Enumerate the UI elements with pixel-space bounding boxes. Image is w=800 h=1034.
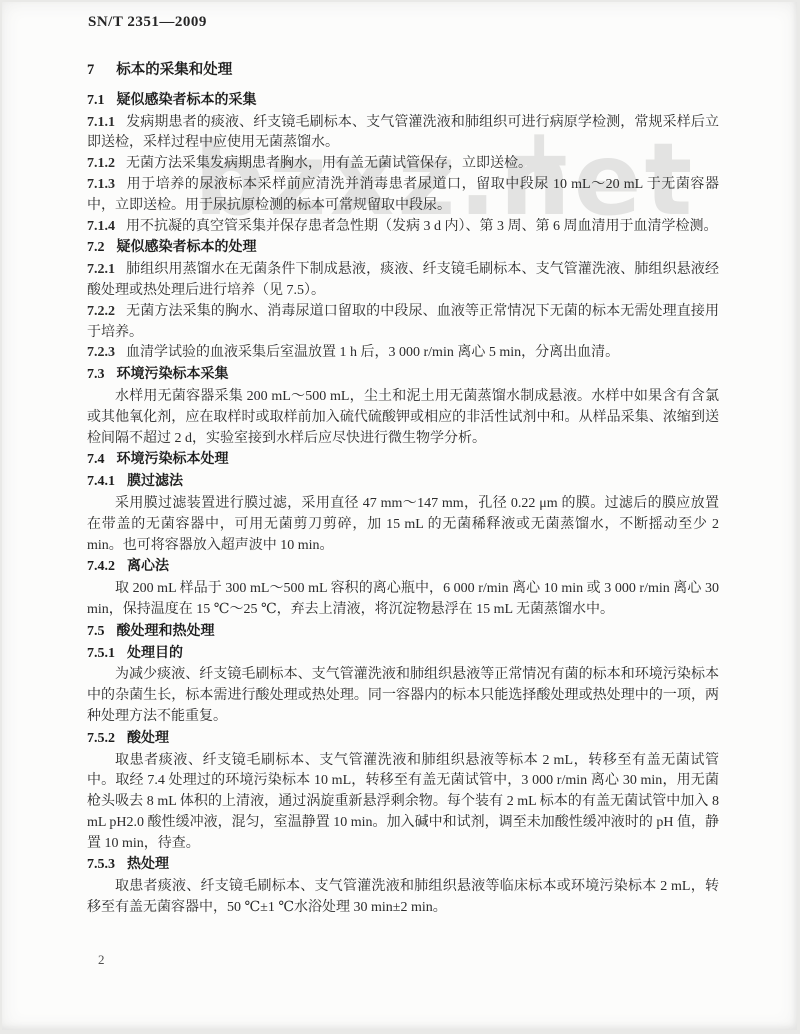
paragraph: 采用膜过滤装置进行膜过滤，采用直径 47 mm～147 mm，孔径 0.22 μ… — [87, 494, 719, 556]
clause-text: 血清学试验的血液采集后室温放置 1 h 后，3 000 r/min 离心 5 m… — [126, 345, 619, 360]
section-title: 环境污染标本处理 — [117, 452, 229, 467]
clause-text: 肺组织用蒸馏水在无菌条件下制成悬液，痰液、纤支镜毛刷标本、支气管灌洗液、肺组织悬… — [87, 262, 719, 298]
section-number: 7.4.1 — [87, 474, 115, 489]
section-number: 7.2 — [87, 240, 105, 255]
section-number: 7.5.3 — [87, 857, 115, 872]
section-number: 7.5.1 — [87, 646, 115, 661]
clause-text: 发病期患者的痰液、纤支镜毛刷标本、支气管灌洗液和肺组织可进行病原学检测，常规采样… — [87, 115, 719, 151]
clause-text: 用于培养的尿液标本采样前应清洗并消毒患者尿道口，留取中段尿 10 mL～20 m… — [87, 177, 719, 213]
section-heading-7: 7标本的采集和处理 — [87, 60, 719, 81]
clause-text: 无菌方法采集的胸水、消毒尿道口留取的中段尿、血液等正常情况下无菌的标本无需处理直… — [87, 304, 719, 340]
paragraph: 取患者痰液、纤支镜毛刷标本、支气管灌洗液和肺组织悬液等临床标本或环境污染标本 2… — [87, 877, 719, 919]
section-heading-7.4: 7.4环境污染标本处理 — [87, 450, 719, 471]
section-title: 环境污染标本采集 — [117, 367, 229, 382]
clause-7.1.2: 7.1.2无菌方法采集发病期患者胸水，用有盖无菌试管保存，立即送检。 — [87, 154, 719, 175]
section-heading-7.3: 7.3环境污染标本采集 — [87, 365, 719, 386]
section-title: 酸处理 — [127, 731, 169, 746]
scanned-standard-page: { "header": { "standard_number": "SN/T 2… — [0, 0, 800, 1034]
clause-number: 7.1.4 — [87, 219, 115, 234]
section-heading-7.5.1: 7.5.1处理目的 — [87, 644, 719, 665]
document-header: SN/T 2351—2009 — [88, 14, 207, 31]
section-heading-7.5.3: 7.5.3热处理 — [87, 855, 719, 876]
section-title: 处理目的 — [127, 646, 183, 661]
clause-7.1.4: 7.1.4用不抗凝的真空管采集并保存患者急性期（发病 3 d 内）、第 3 周、… — [87, 217, 719, 238]
document-footer: 2 — [98, 952, 105, 968]
clause-7.2.3: 7.2.3血清学试验的血液采集后室温放置 1 h 后，3 000 r/min 离… — [87, 343, 719, 364]
clause-number: 7.2.2 — [87, 304, 115, 319]
clause-text: 无菌方法采集发病期患者胸水，用有盖无菌试管保存，立即送检。 — [126, 156, 532, 171]
section-number: 7.4 — [87, 452, 105, 467]
clause-number: 7.2.1 — [87, 262, 115, 277]
document-body: 7标本的采集和处理7.1疑似感染者标本的采集7.1.1发病期患者的痰液、纤支镜毛… — [87, 60, 719, 919]
section-heading-7.5: 7.5酸处理和热处理 — [87, 622, 719, 643]
section-title: 疑似感染者标本的处理 — [117, 240, 257, 255]
section-title: 热处理 — [127, 857, 169, 872]
section-number: 7.4.2 — [87, 559, 115, 574]
section-number: 7.5 — [87, 624, 105, 639]
clause-number: 7.2.3 — [87, 345, 115, 360]
section-title: 膜过滤法 — [127, 474, 183, 489]
section-heading-7.1: 7.1疑似感染者标本的采集 — [87, 91, 719, 112]
paragraph: 取患者痰液、纤支镜毛刷标本、支气管灌洗液和肺组织悬液等标本 2 mL，转移至有盖… — [87, 751, 719, 855]
paragraph: 为减少痰液、纤支镜毛刷标本、支气管灌洗液和肺组织悬液等正常情况有菌的标本和环境污… — [87, 665, 719, 727]
section-heading-7.4.1: 7.4.1膜过滤法 — [87, 472, 719, 493]
section-heading-7.2: 7.2疑似感染者标本的处理 — [87, 238, 719, 259]
section-title: 酸处理和热处理 — [117, 624, 215, 639]
section-number: 7.3 — [87, 367, 105, 382]
section-heading-7.4.2: 7.4.2离心法 — [87, 557, 719, 578]
section-title: 标本的采集和处理 — [116, 62, 232, 78]
clause-number: 7.1.3 — [87, 177, 115, 192]
page-number: 2 — [98, 952, 105, 967]
paragraph: 水样用无菌容器采集 200 mL～500 mL，尘土和泥土用无菌蒸馏水制成悬液。… — [87, 387, 719, 449]
section-number: 7.1 — [87, 93, 105, 108]
section-heading-7.5.2: 7.5.2酸处理 — [87, 729, 719, 750]
section-title: 离心法 — [127, 559, 169, 574]
document-page: bzxz.net + SN/T 2351—2009 7标本的采集和处理7.1疑似… — [2, 2, 797, 1030]
clause-number: 7.1.2 — [87, 156, 115, 171]
standard-number: SN/T 2351—2009 — [88, 14, 207, 30]
clause-7.2.2: 7.2.2无菌方法采集的胸水、消毒尿道口留取的中段尿、血液等正常情况下无菌的标本… — [87, 302, 719, 344]
clause-7.2.1: 7.2.1肺组织用蒸馏水在无菌条件下制成悬液，痰液、纤支镜毛刷标本、支气管灌洗液… — [87, 260, 719, 302]
section-title: 疑似感染者标本的采集 — [117, 93, 257, 108]
clause-text: 用不抗凝的真空管采集并保存患者急性期（发病 3 d 内）、第 3 周、第 6 周… — [126, 219, 718, 234]
clause-7.1.3: 7.1.3用于培养的尿液标本采样前应清洗并消毒患者尿道口，留取中段尿 10 mL… — [87, 175, 719, 217]
section-number: 7.5.2 — [87, 731, 115, 746]
paragraph: 取 200 mL 样品于 300 mL～500 mL 容积的离心瓶中，6 000… — [87, 579, 719, 621]
clause-number: 7.1.1 — [87, 115, 115, 130]
section-number: 7 — [87, 62, 94, 78]
clause-7.1.1: 7.1.1发病期患者的痰液、纤支镜毛刷标本、支气管灌洗液和肺组织可进行病原学检测… — [87, 113, 719, 155]
